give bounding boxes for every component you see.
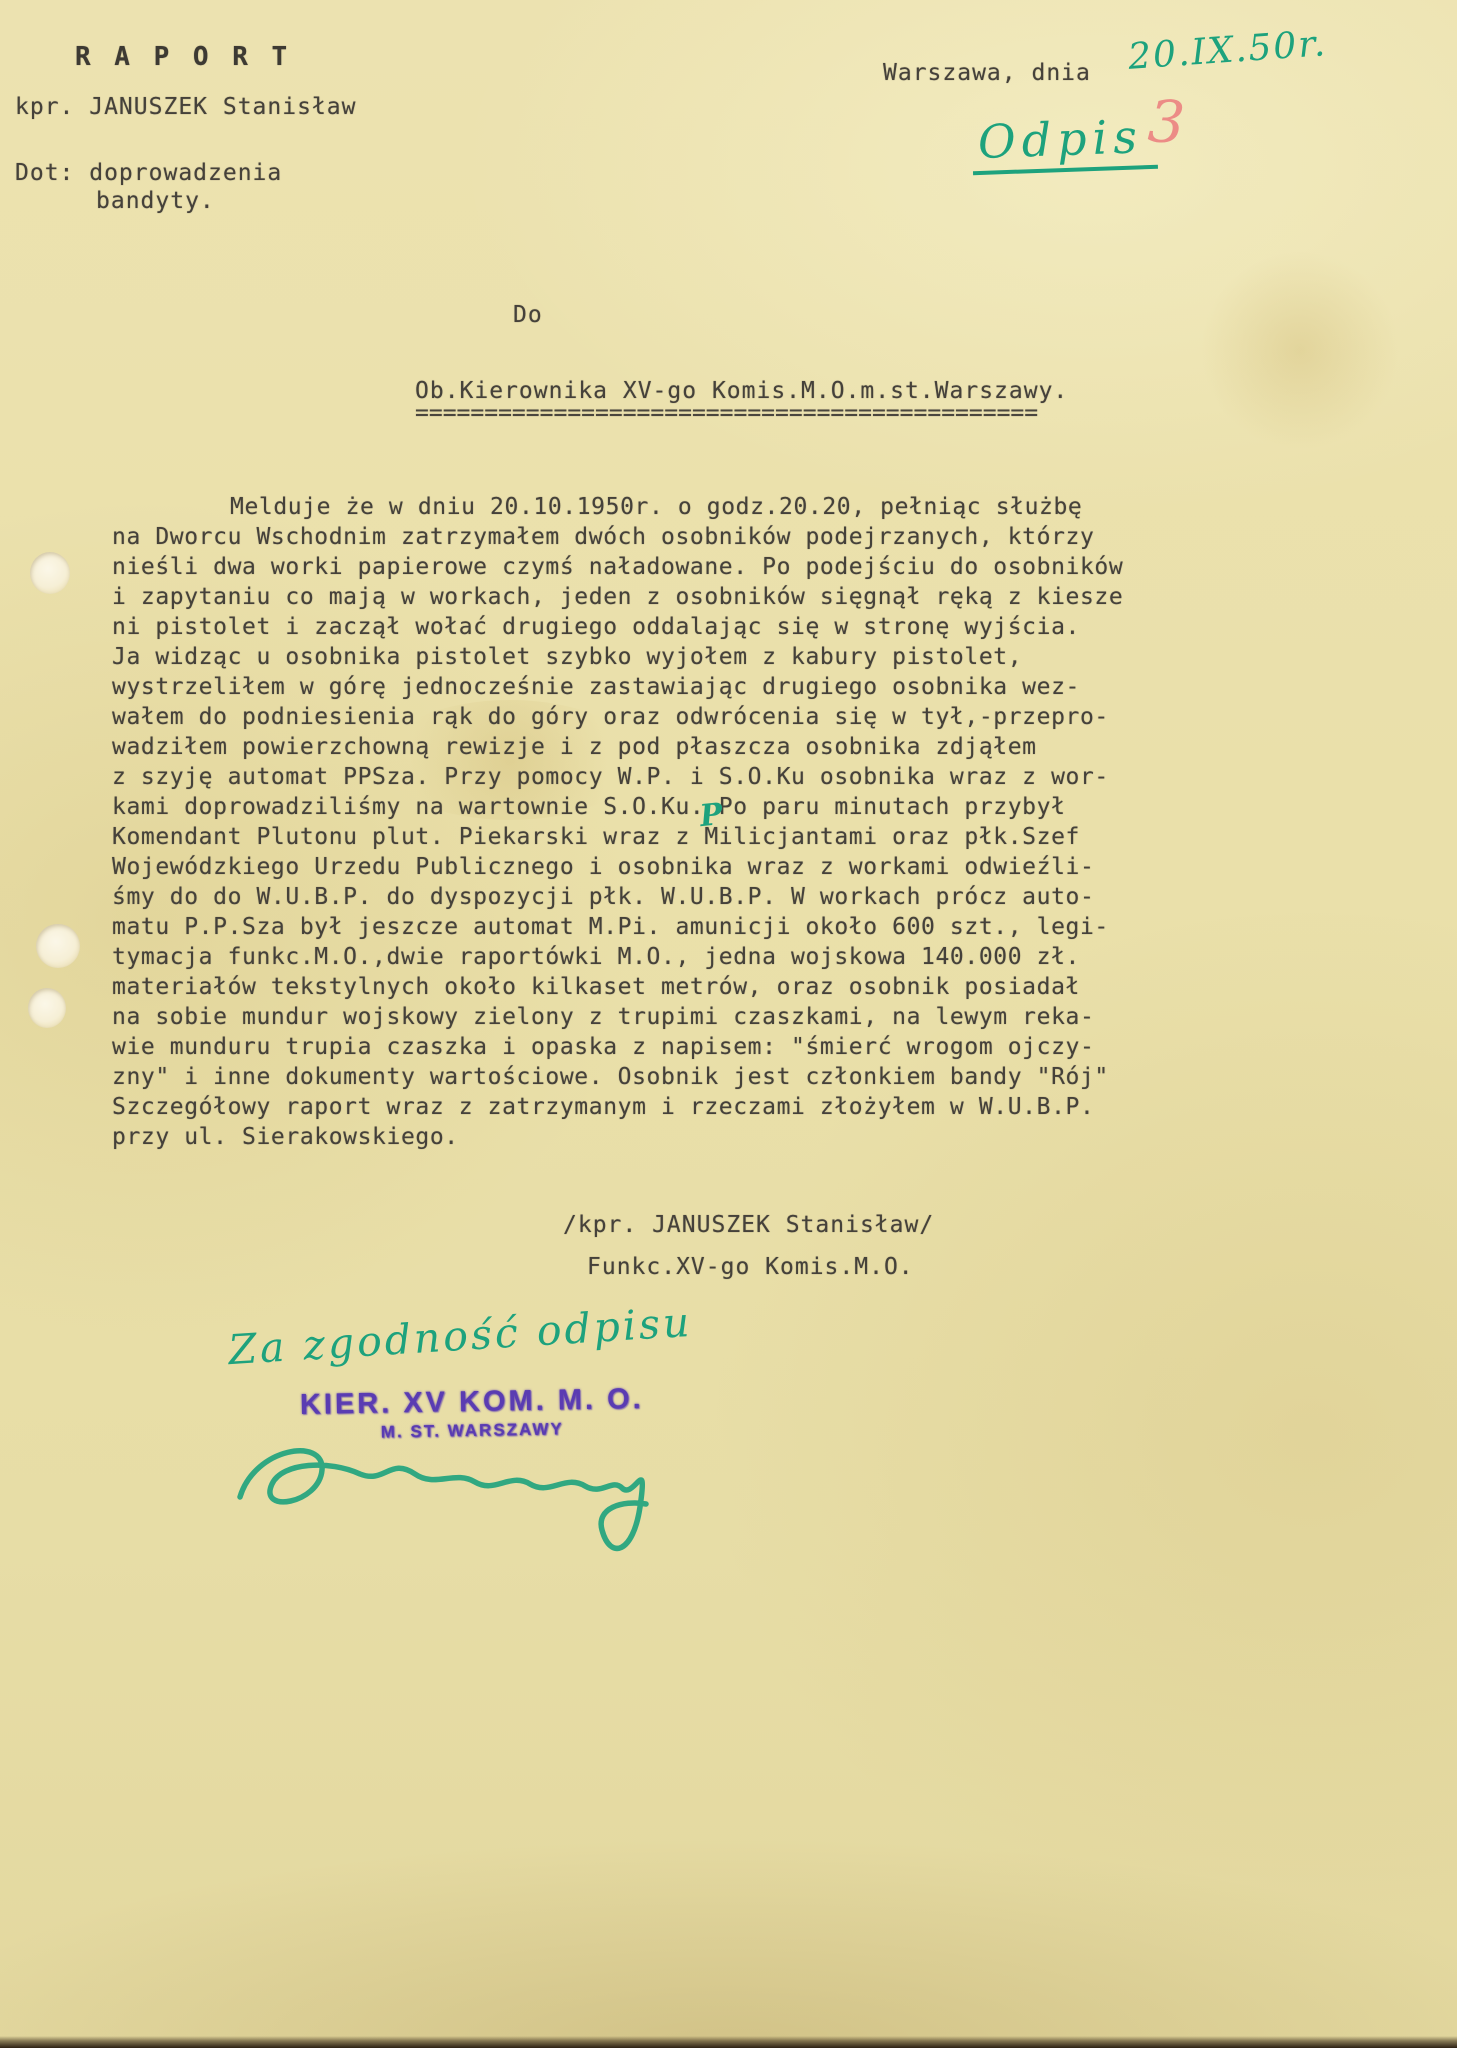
page-number-red-pencil: 3 [1146, 87, 1186, 157]
report-body: Melduje że w dniu 20.10.1950r. o godz.20… [112, 492, 1187, 1152]
report-author: kpr. JANUSZEK Stanisław [15, 92, 357, 122]
addressee-underline: ========================================… [415, 398, 1038, 428]
report-title: R A P O R T [75, 42, 291, 72]
body-text-line: Ja widząc u osobnika pistolet szybko wyj… [112, 642, 1187, 672]
handwritten-certification: Za zgodność odpisu [227, 1298, 694, 1374]
body-text-line: matu P.P.Sza był jeszcze automat M.Pi. a… [112, 912, 1187, 942]
place-date-typed: Warszawa, dnia [883, 58, 1091, 88]
punch-hole [30, 552, 70, 594]
body-text-line: wadziłem powierzchowną rewizje i z pod p… [112, 732, 1187, 762]
body-text-line: materiałów tekstylnych około kilkaset me… [112, 972, 1187, 1002]
punch-hole [36, 924, 80, 968]
subject-line-2: bandyty. [96, 186, 215, 216]
body-text-line: Wojewódzkiego Urzedu Publicznego i osobn… [112, 852, 1187, 882]
body-text-line: wałem do podniesienia rąk do góry oraz o… [112, 702, 1187, 732]
addressee-intro: Do [513, 300, 543, 330]
body-text-line: Melduje że w dniu 20.10.1950r. o godz.20… [112, 492, 1187, 522]
scanned-report-page: R A P O R T kpr. JANUSZEK Stanisław Dot:… [0, 0, 1457, 2048]
body-text-line: wystrzeliłem w górę jednocześnie zastawi… [112, 672, 1187, 702]
punch-hole [28, 988, 66, 1028]
paper-stain [1200, 250, 1400, 450]
handwritten-date: 20.IX.50r. [1127, 23, 1328, 78]
body-text-line: i zapytaniu co mają w workach, jeden z o… [112, 582, 1187, 612]
subject-line-1: Dot: doprowadzenia [15, 158, 282, 188]
body-text-line: kami doprowadziliśmy na wartownie S.O.Ku… [112, 792, 1187, 822]
handwritten-signature [210, 1412, 690, 1562]
handwritten-correction: P [698, 797, 724, 834]
body-text-line: z szyję automat PPSza. Przy pomocy W.P. … [112, 762, 1187, 792]
body-text-line: na Dworcu Wschodnim zatrzymałem dwóch os… [112, 522, 1187, 552]
signature-typed-name: /kpr. JANUSZEK Stanisław/ [563, 1210, 934, 1240]
body-text-line: przy ul. Sierakowskiego. [112, 1122, 1187, 1152]
body-text-line: ni pistolet i zaczął wołać drugiego odda… [112, 612, 1187, 642]
signature-typed-function: Funkc.XV-go Komis.M.O. [587, 1252, 914, 1282]
body-text-line: śmy do do W.U.B.P. do dyspozycji płk. W.… [112, 882, 1187, 912]
handwritten-copy-note: Odpis [971, 109, 1158, 175]
body-text-line: zny" i inne dokumenty wartościowe. Osobn… [112, 1062, 1187, 1092]
body-text-line: Komendant Plutonu plut. Piekarski wraz z… [112, 822, 1187, 852]
body-text-line: Szczegółowy raport wraz z zatrzymanym i … [112, 1092, 1187, 1122]
body-text-line: na sobie mundur wojskowy zielony z trupi… [112, 1002, 1187, 1032]
body-text-line: wie munduru trupia czaszka i opaska z na… [112, 1032, 1187, 1062]
body-text-line: nieśli dwa worki papierowe czymś naładow… [112, 552, 1187, 582]
body-text-line: tymacja funkc.M.O.,dwie raportówki M.O.,… [112, 942, 1187, 972]
